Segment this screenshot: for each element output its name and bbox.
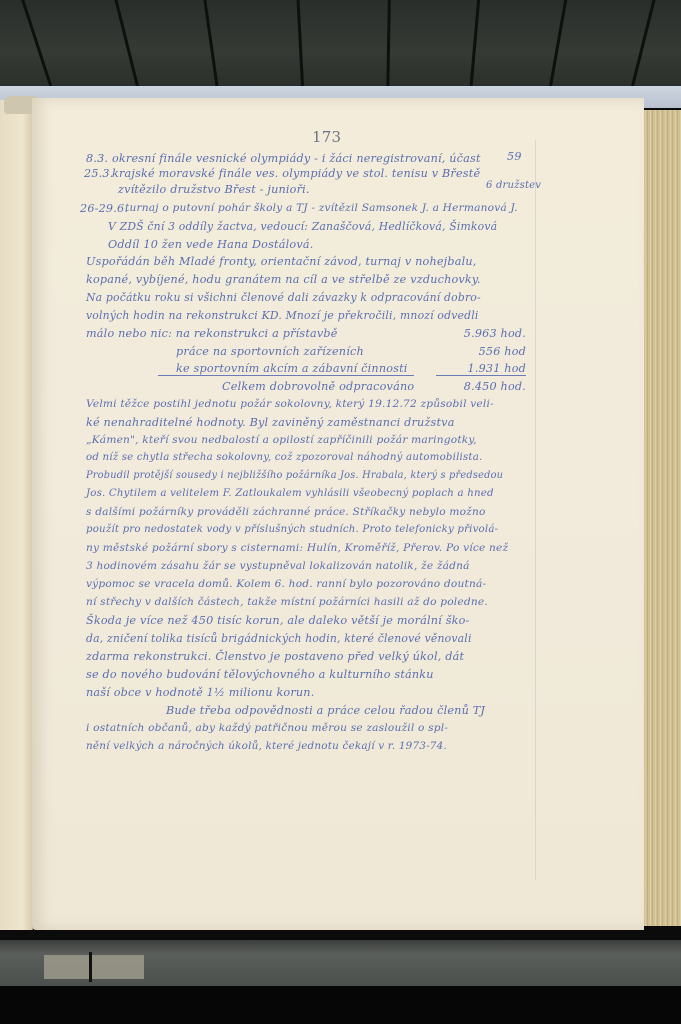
text-line: V ZDŠ ční 3 oddíly žactva, vedoucí: Zana… xyxy=(108,220,497,233)
left-page-edge xyxy=(0,100,33,930)
entry-date: 25.3. xyxy=(84,167,113,180)
shelf-slat xyxy=(112,0,142,86)
text-line: zdarma rekonstrukci. Členstvo je postave… xyxy=(86,650,464,663)
hours-value: 1.931 hod xyxy=(436,362,526,376)
entry-text: turnaj o putovní pohár školy a TJ - zvít… xyxy=(125,202,518,214)
shelf-slat xyxy=(628,0,658,86)
hours-value: 5.963 hod. xyxy=(436,327,526,340)
text-line: naší obce v hodnotě 1½ milionu korun. xyxy=(86,686,314,699)
scanner-label-divider xyxy=(89,952,92,982)
text-line: i ostatních občanů, aby každý patřičnou … xyxy=(86,722,448,734)
page-block-edges xyxy=(644,110,681,926)
entry-value: 6 družstev xyxy=(486,180,541,191)
hours-label: práce na sportovních zařízeních xyxy=(176,345,364,358)
text-line: Na počátku roku si všichni členové dali … xyxy=(86,291,481,304)
shelf-slat xyxy=(18,0,55,86)
text-line: „Kámen", kteří svou nedbalostí a opilost… xyxy=(86,434,477,446)
text-line: ny městské požární sbory s cisternami: H… xyxy=(86,542,508,554)
text-line: od níž se chytla střecha sokolovny, což … xyxy=(86,452,482,463)
text-line: Probudil protější sousedy i nejbližšího … xyxy=(86,470,503,481)
text-line: 3 hodinovém zásahu žár se vystupněval lo… xyxy=(86,560,470,572)
text-line: s dalšími požárníky prováděli záchranné … xyxy=(86,506,486,518)
entry-date: 26-29.6. xyxy=(80,202,128,215)
shelf-slat xyxy=(296,0,305,86)
text-line: Bude třeba odpovědnosti a práce celou řa… xyxy=(166,704,485,717)
shelf-slat xyxy=(547,0,569,86)
entry-text: krajské moravské finále ves. olympiády v… xyxy=(112,167,480,180)
entry-text: zvítězilo družstvo Břest - junioři. xyxy=(118,183,310,196)
hours-total-label: Celkem dobrovolně odpracováno xyxy=(222,380,414,393)
text-line: Uspořádán běh Mladé fronty, orientační z… xyxy=(86,255,477,268)
text-line: kopané, vybíjené, hodu granátem na cíl a… xyxy=(86,273,481,286)
text-line: Škoda je více než 450 tisíc korun, ale d… xyxy=(86,614,470,627)
shelf-slat xyxy=(202,0,220,86)
text-line: Velmi těžce postihl jednotu požár sokolo… xyxy=(86,398,494,410)
margin-rule xyxy=(535,140,536,880)
text-line: nění velkých a náročných úkolů, které je… xyxy=(86,740,447,752)
shelf-slat xyxy=(386,0,391,86)
text-line: volných hodin na rekonstrukci KD. Mnozí … xyxy=(86,309,479,322)
shelf-slat xyxy=(468,0,481,86)
background-bottom xyxy=(0,986,681,1024)
scanner-label xyxy=(44,955,144,979)
entry-date: 8.3. xyxy=(86,152,108,165)
text-line: da, zničení tolika tisíců brigádnických … xyxy=(86,632,472,645)
text-line: ké nenahraditelné hodnoty. Byl zaviněný … xyxy=(86,416,455,429)
background-shelf xyxy=(0,0,681,86)
hours-label: ke sportovním akcím a zábavní činnosti xyxy=(158,362,414,376)
text-line: se do nového budování tělovýchovného a k… xyxy=(86,668,434,681)
text-line: použít pro nedostatek vody v příslušných… xyxy=(86,524,498,535)
text-line: ní střechy v dalších částech, takže míst… xyxy=(86,596,488,608)
text-line: Oddíl 10 žen vede Hana Dostálová. xyxy=(108,238,313,251)
hours-total-value: 8.450 hod. xyxy=(436,380,526,393)
entry-text: okresní finále vesnické olympiády - i žá… xyxy=(112,152,481,165)
page-number: 173 xyxy=(312,128,341,146)
hours-value: 556 hod xyxy=(436,345,526,358)
text-line: Jos. Chytilem a velitelem F. Zatloukalem… xyxy=(86,488,494,499)
text-line: málo nebo nic: na rekonstrukci a přístav… xyxy=(86,327,338,340)
text-line: výpomoc se vracela domů. Kolem 6. hod. r… xyxy=(86,578,486,590)
entry-value: 59 xyxy=(507,150,522,163)
